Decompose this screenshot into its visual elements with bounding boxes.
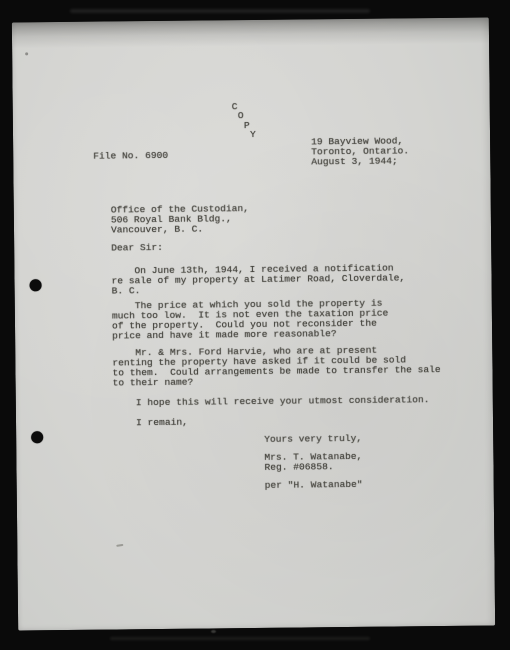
per-signature-text: per "H. Watanabe" [265, 480, 363, 491]
body-line: I hope this will receive your utmost con… [113, 395, 430, 408]
body-line: to their name? [113, 375, 441, 388]
file-number: File No. 6900 [93, 151, 168, 162]
copy-stamp-letter: P [244, 120, 250, 131]
scan-artifact-dot [211, 630, 216, 633]
copy-stamp-letter: O [238, 110, 244, 121]
signature-line: Reg. #06858. [264, 462, 362, 473]
file-number-text: File No. 6900 [93, 151, 168, 162]
body-paragraph-2: The price at which you sold the property… [112, 299, 389, 342]
recipient-line: Vancouver, B. C. [111, 224, 249, 235]
copy-stamp: C O P Y [232, 101, 272, 143]
copy-stamp-letter: Y [250, 129, 256, 140]
signature: Mrs. T. Watanabe, Reg. #06858. [264, 452, 362, 473]
body-paragraph-5: I remain, [113, 418, 188, 429]
closing-text: Yours very truly, [264, 434, 362, 445]
hole-punch-top [30, 279, 42, 291]
return-address-line: August 3, 1944; [311, 156, 409, 167]
paper-speck [25, 52, 28, 55]
salutation: Dear Sir: [111, 243, 163, 254]
letter-paper: C O P Y File No. 6900 19 Bayview Wood, T… [12, 18, 495, 631]
scan-artifact-top-streak [70, 9, 370, 13]
hole-punch-bottom [31, 431, 43, 443]
scan-artifact-bottom-streak [110, 637, 370, 640]
scanned-letter-page: { "page": { "background_color": "#0a0a0a… [0, 0, 510, 650]
body-line: price and have it made more reasonable? [112, 329, 388, 342]
body-paragraph-1: On June 13th, 1944, I received a notific… [111, 263, 405, 296]
body-line: I remain, [113, 418, 188, 429]
copy-stamp-letter: C [232, 101, 238, 112]
body-paragraph-4: I hope this will receive your utmost con… [113, 395, 430, 408]
return-address: 19 Bayview Wood, Toronto, Ontario. Augus… [311, 136, 409, 167]
closing: Yours very truly, [264, 434, 362, 445]
body-paragraph-3: Mr. & Mrs. Ford Harvie, who are at prese… [112, 345, 441, 388]
paper-speck [116, 544, 123, 547]
per-signature: per "H. Watanabe" [265, 480, 363, 491]
salutation-text: Dear Sir: [111, 243, 163, 254]
recipient-address: Office of the Custodian, 506 Royal Bank … [111, 204, 249, 235]
